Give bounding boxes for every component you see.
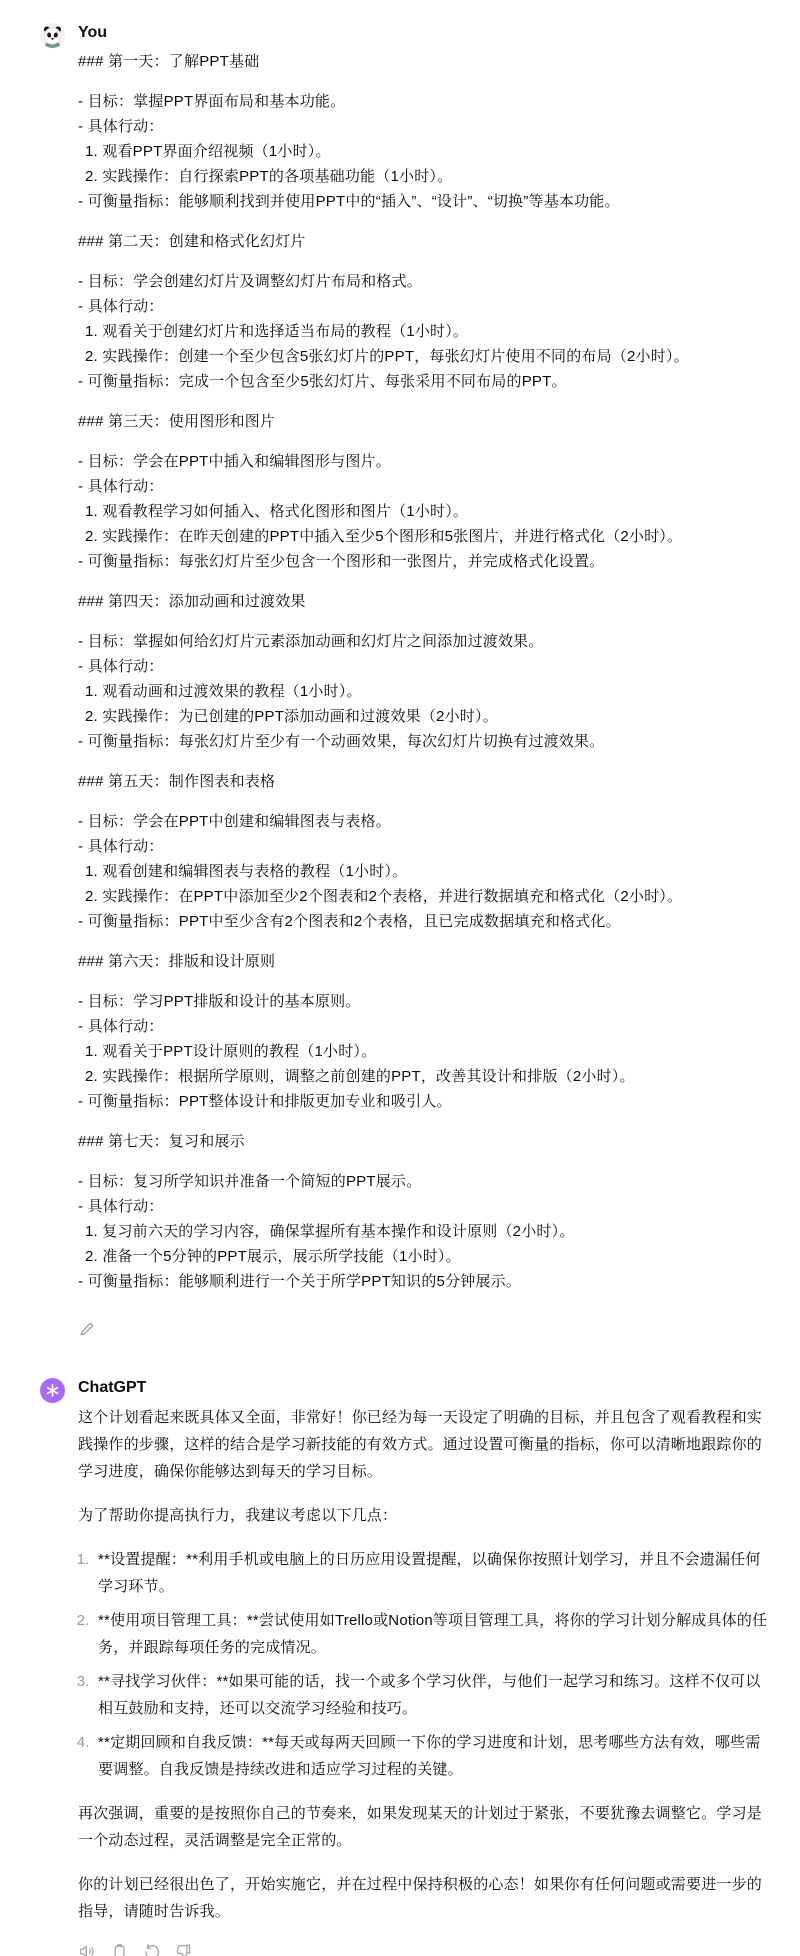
message-line: 2. 实践操作：在PPT中添加至少2个图表和2个表格，并进行数据填充和格式化（2…	[78, 884, 772, 909]
blank-line	[78, 214, 772, 229]
panda-avatar-image	[40, 23, 65, 48]
copy-button[interactable]	[110, 1942, 129, 1956]
message-line: 2. 实践操作：根据所学原则，调整之前创建的PPT，改善其设计和排版（2小时）。	[78, 1064, 772, 1089]
read-aloud-button[interactable]	[78, 1942, 97, 1956]
message-line: 2. 实践操作：在昨天创建的PPT中插入至少5个图形和5张图片，并进行格式化（2…	[78, 524, 772, 549]
message-line: - 可衡量指标：PPT中至少含有2个图表和2个表格，且已完成数据填充和格式化。	[78, 909, 772, 934]
message-line: ### 第一天：了解PPT基础	[78, 49, 772, 74]
suggestion-item: **使用项目管理工具：**尝试使用如Trello或Notion等项目管理工具，将…	[94, 1607, 772, 1661]
regenerate-icon	[142, 1942, 161, 1956]
message-line: - 具体行动：	[78, 114, 772, 139]
user-message: ### 第一天：了解PPT基础- 目标：掌握PPT界面布局和基本功能。- 具体行…	[78, 49, 772, 1309]
message-line: 1. 观看动画和过渡效果的教程（1小时）。	[78, 679, 772, 704]
message-line: - 可衡量指标：每张幻灯片至少包含一个图形和一张图片，并完成格式化设置。	[78, 549, 772, 574]
message-line: ### 第七天：复习和展示	[78, 1129, 772, 1154]
edit-message-button[interactable]	[78, 1321, 95, 1338]
message-line: 2. 实践操作：自行探索PPT的各项基础功能（1小时）。	[78, 164, 772, 189]
message-line: - 可衡量指标：能够顺利进行一个关于所学PPT知识的5分钟展示。	[78, 1269, 772, 1294]
thumbs-down-icon	[174, 1942, 193, 1956]
message-line: - 目标：学习PPT排版和设计的基本原则。	[78, 989, 772, 1014]
message-line: ### 第二天：创建和格式化幻灯片	[78, 229, 772, 254]
message-line: - 具体行动：	[78, 1194, 772, 1219]
openai-logo-icon	[44, 1382, 61, 1399]
message-line: - 具体行动：	[78, 294, 772, 319]
blank-line	[78, 1154, 772, 1169]
message-line: 2. 实践操作：创建一个至少包含5张幻灯片的PPT，每张幻灯片使用不同的布局（2…	[78, 344, 772, 369]
assistant-turn: ChatGPT 这个计划看起来既具体又全面，非常好！你已经为每一天设定了明确的目…	[40, 1377, 772, 1956]
suggestion-item: **设置提醒：**利用手机或电脑上的日历应用设置提醒，以确保你按照计划学习，并且…	[94, 1546, 772, 1600]
blank-line	[78, 434, 772, 449]
blank-line	[78, 1294, 772, 1309]
message-line: - 目标：学会在PPT中插入和编辑图形与图片。	[78, 449, 772, 474]
message-line: - 目标：学会在PPT中创建和编辑图表与表格。	[78, 809, 772, 834]
message-line: - 可衡量指标：每张幻灯片至少有一个动画效果，每次幻灯片切换有过渡效果。	[78, 729, 772, 754]
message-line: ### 第三天：使用图形和图片	[78, 409, 772, 434]
message-line: - 目标：复习所学知识并准备一个简短的PPT展示。	[78, 1169, 772, 1194]
pencil-icon	[78, 1321, 95, 1338]
blank-line	[78, 794, 772, 809]
message-line: - 具体行动：	[78, 1014, 772, 1039]
blank-line	[78, 574, 772, 589]
message-line: ### 第六天：排版和设计原则	[78, 949, 772, 974]
blank-line	[78, 254, 772, 269]
read-aloud-icon	[78, 1942, 97, 1956]
message-line: 1. 观看关于PPT设计原则的教程（1小时）。	[78, 1039, 772, 1064]
blank-line	[78, 754, 772, 769]
message-line: 2. 准备一个5分钟的PPT展示，展示所学技能（1小时）。	[78, 1244, 772, 1269]
assistant-reminder-paragraph: 再次强调，重要的是按照你自己的节奏来，如果发现某天的计划过于紧张，不要犹豫去调整…	[78, 1800, 772, 1854]
message-line: ### 第四天：添加动画和过渡效果	[78, 589, 772, 614]
message-line: - 可衡量指标：完成一个包含至少5张幻灯片、每张采用不同布局的PPT。	[78, 369, 772, 394]
suggestion-item: **寻找学习伙伴：**如果可能的话，找一个或多个学习伙伴，与他们一起学习和练习。…	[94, 1668, 772, 1722]
message-line: 1. 观看教程学习如何插入、格式化图形和图片（1小时）。	[78, 499, 772, 524]
message-line: 2. 实践操作：为已创建的PPT添加动画和过渡效果（2小时）。	[78, 704, 772, 729]
assistant-action-bar	[78, 1942, 772, 1956]
assistant-author-name: ChatGPT	[78, 1377, 772, 1399]
user-author-name: You	[78, 22, 772, 44]
suggestion-list: **设置提醒：**利用手机或电脑上的日历应用设置提醒，以确保你按照计划学习，并且…	[78, 1546, 772, 1783]
chat-thread: You ### 第一天：了解PPT基础- 目标：掌握PPT界面布局和基本功能。-…	[0, 0, 800, 1956]
blank-line	[78, 974, 772, 989]
blank-line	[78, 934, 772, 949]
user-avatar	[40, 23, 65, 48]
blank-line	[78, 1114, 772, 1129]
message-line: - 可衡量指标：能够顺利找到并使用PPT中的“插入”、“设计”、“切换”等基本功…	[78, 189, 772, 214]
chatgpt-avatar	[40, 1378, 65, 1403]
message-line: - 目标：掌握PPT界面布局和基本功能。	[78, 89, 772, 114]
message-line: ### 第五天：制作图表和表格	[78, 769, 772, 794]
message-line: - 具体行动：	[78, 474, 772, 499]
message-line: 1. 观看创建和编辑图表与表格的教程（1小时）。	[78, 859, 772, 884]
assistant-suggest-lead: 为了帮助你提高执行力，我建议考虑以下几点：	[78, 1502, 772, 1529]
assistant-message: 这个计划看起来既具体又全面，非常好！你已经为每一天设定了明确的目标，并且包含了观…	[78, 1404, 772, 1925]
assistant-intro-paragraph: 这个计划看起来既具体又全面，非常好！你已经为每一天设定了明确的目标，并且包含了观…	[78, 1404, 772, 1485]
regenerate-button[interactable]	[142, 1942, 161, 1956]
user-turn: You ### 第一天：了解PPT基础- 目标：掌握PPT界面布局和基本功能。-…	[40, 22, 772, 1343]
message-line: 1. 观看关于创建幻灯片和选择适当布局的教程（1小时）。	[78, 319, 772, 344]
blank-line	[78, 74, 772, 89]
message-line: - 目标：掌握如何给幻灯片元素添加动画和幻灯片之间添加过渡效果。	[78, 629, 772, 654]
message-line: - 具体行动：	[78, 654, 772, 679]
copy-icon	[110, 1942, 129, 1956]
message-line: - 具体行动：	[78, 834, 772, 859]
message-line: - 可衡量指标：PPT整体设计和排版更加专业和吸引人。	[78, 1089, 772, 1114]
message-line: - 目标：学会创建幻灯片及调整幻灯片布局和格式。	[78, 269, 772, 294]
message-line: 1. 复习前六天的学习内容，确保掌握所有基本操作和设计原则（2小时）。	[78, 1219, 772, 1244]
assistant-closing-paragraph: 你的计划已经很出色了，开始实施它，并在过程中保持积极的心态！如果你有任何问题或需…	[78, 1871, 772, 1925]
suggestion-item: **定期回顾和自我反馈：**每天或每两天回顾一下你的学习进度和计划，思考哪些方法…	[94, 1729, 772, 1783]
thumbs-down-button[interactable]	[174, 1942, 193, 1956]
message-line: 1. 观看PPT界面介绍视频（1小时）。	[78, 139, 772, 164]
blank-line	[78, 614, 772, 629]
blank-line	[78, 394, 772, 409]
